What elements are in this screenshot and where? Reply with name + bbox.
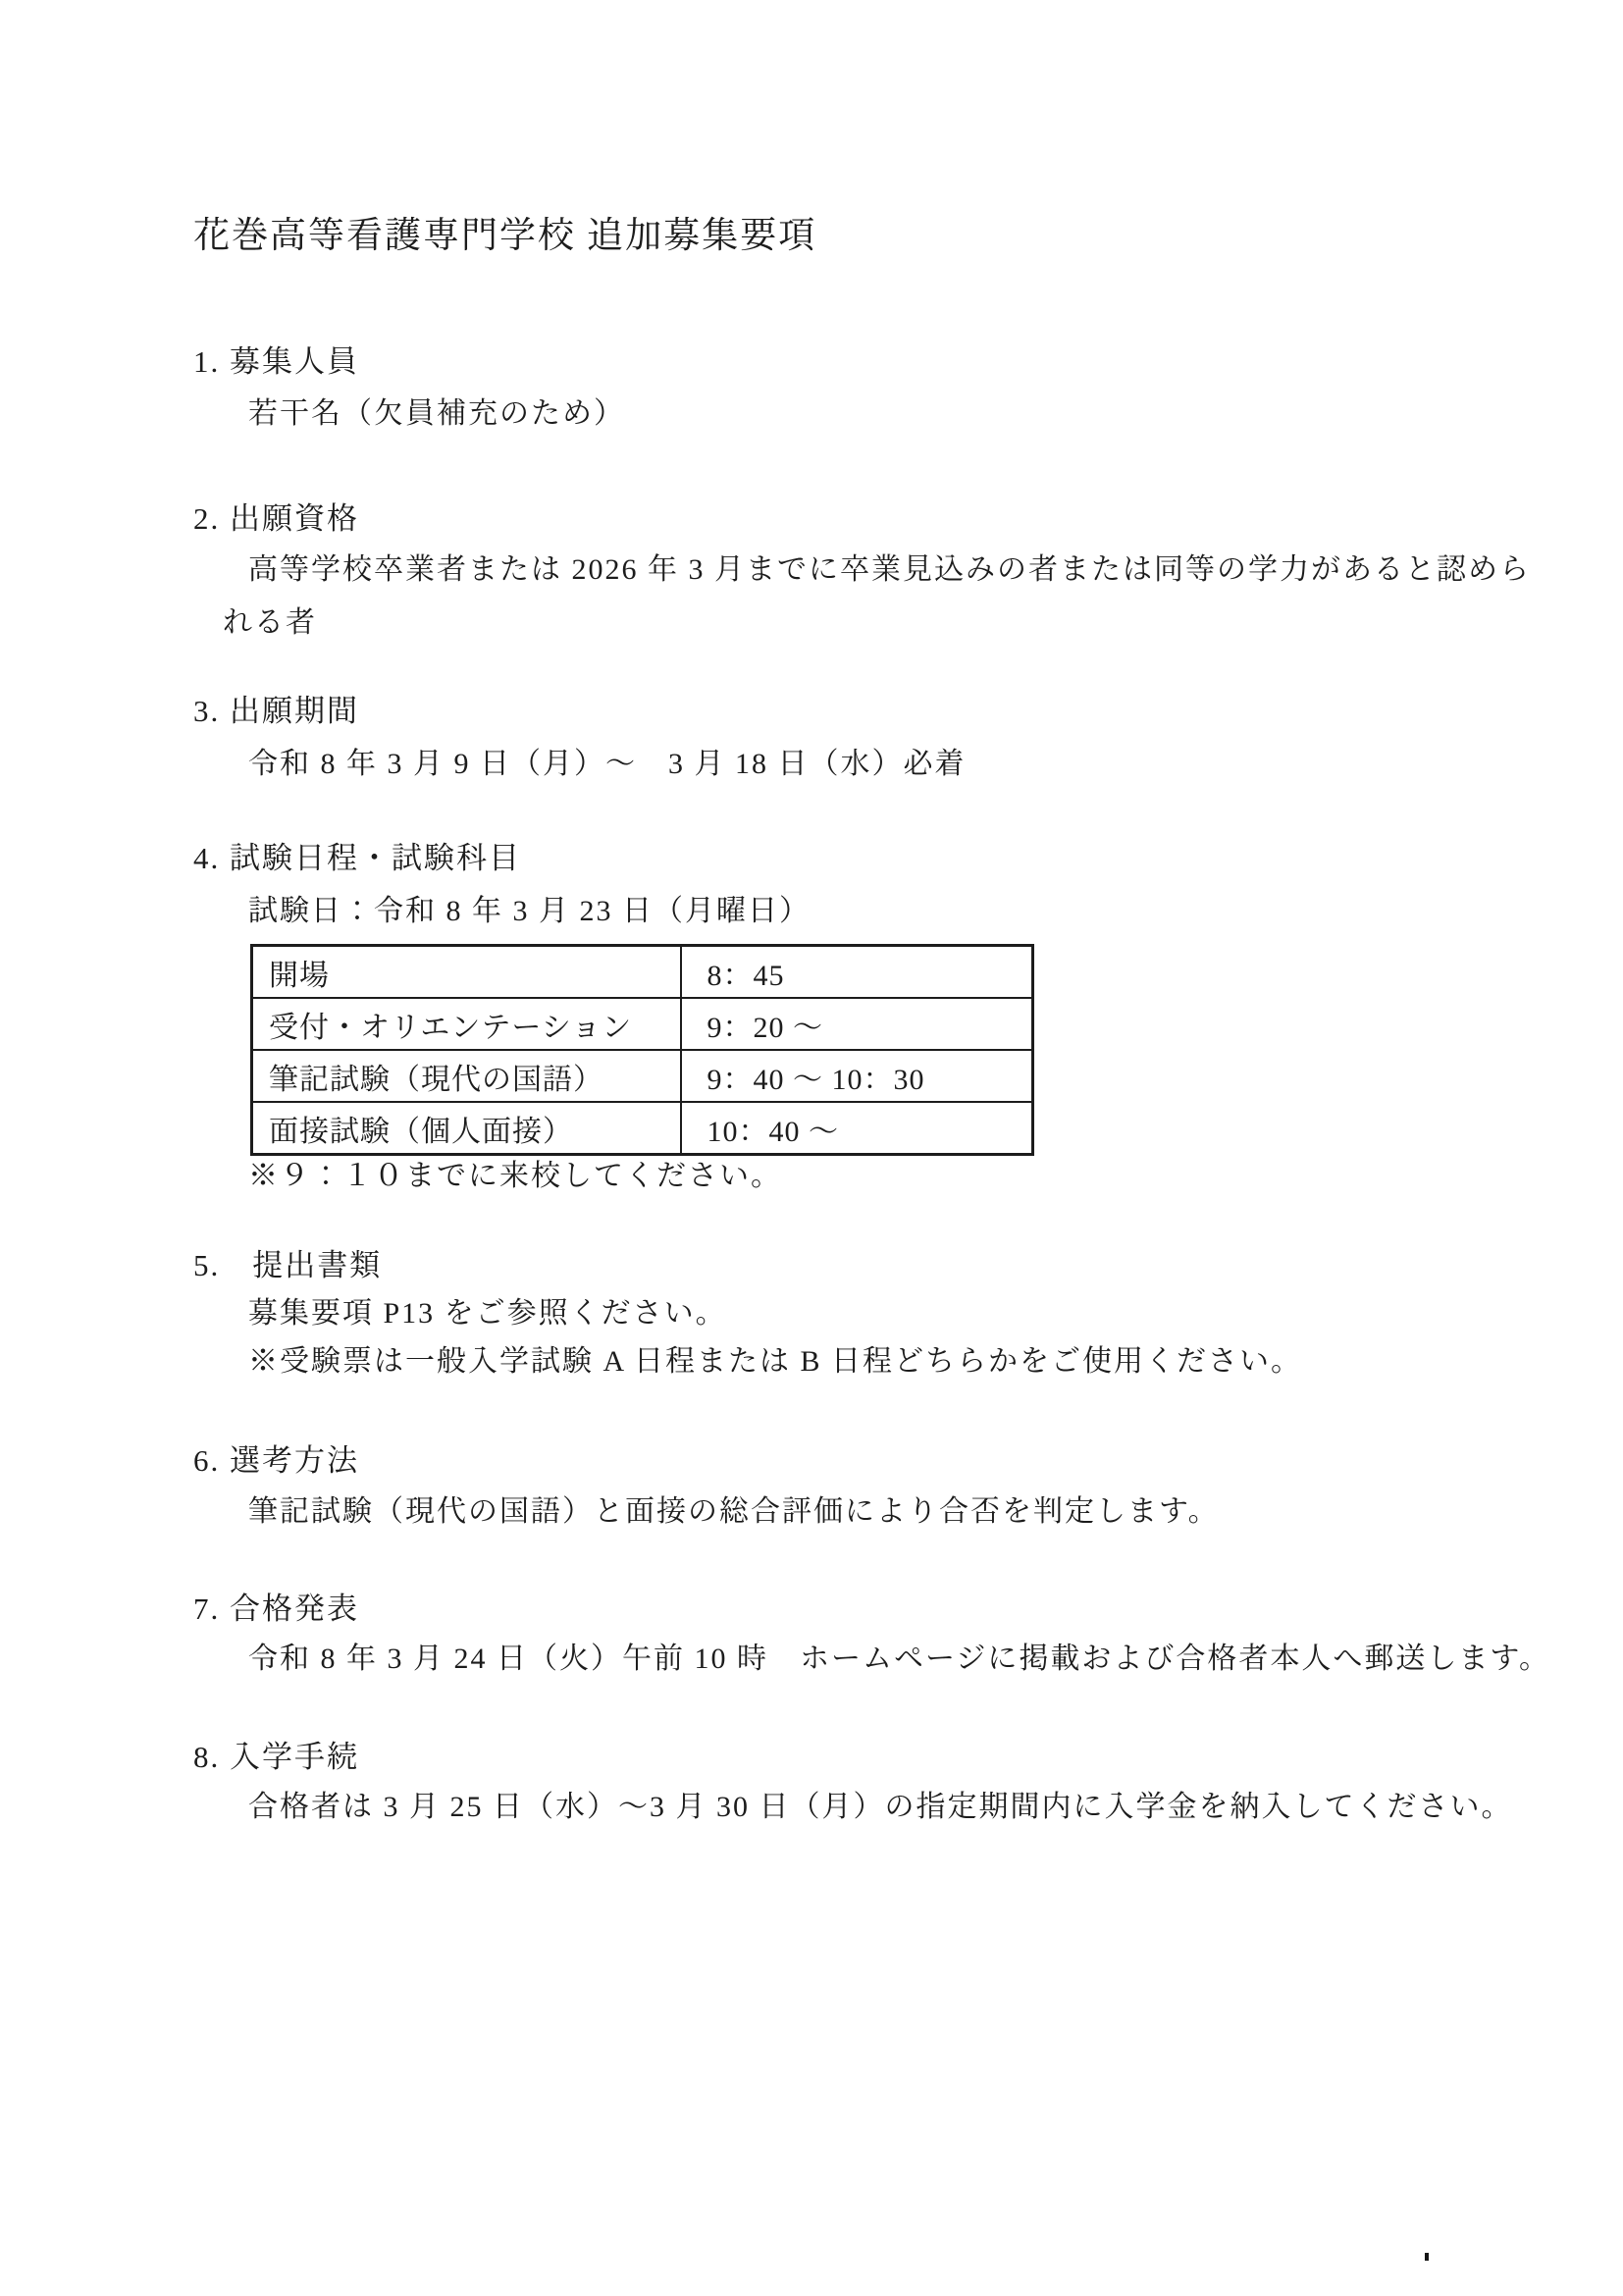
section-5-heading: 5. 提出書類	[193, 1247, 382, 1285]
table-row: 受付・オリエンテーション 9：20 ～	[252, 998, 1033, 1050]
schedule-time-cell: 8：45	[681, 946, 1033, 999]
section-2-body-line: れる者	[223, 604, 317, 642]
section-5-body-line: ※受験票は一般入学試験 A 日程または B 日程どちらかをご使用ください。	[248, 1343, 1302, 1381]
section-6-heading: 6. 選考方法	[193, 1442, 359, 1481]
schedule-item-cell: 開場	[252, 946, 681, 999]
section-7-body-line: 令和 8 年 3 月 24 日（火）午前 10 時 ホームページに掲載および合格…	[248, 1641, 1550, 1678]
section-2-heading: 2. 出願資格	[193, 500, 359, 539]
schedule-item-cell: 受付・オリエンテーション	[252, 998, 681, 1050]
section-6-body-line: 筆記試験（現代の国語）と面接の総合評価により合否を判定します。	[248, 1493, 1220, 1531]
exam-schedule-table: 開場 8：45 受付・オリエンテーション 9：20 ～ 筆記試験（現代の国語） …	[250, 944, 1034, 1156]
table-row: 面接試験（個人面接） 10：40 ～	[252, 1102, 1033, 1155]
document-page: 花巻高等看護専門学校 追加募集要項 1. 募集人員 若干名（欠員補充のため） 2…	[0, 0, 1623, 2296]
schedule-item-cell: 面接試験（個人面接）	[252, 1102, 681, 1155]
schedule-item-cell: 筆記試験（現代の国語）	[252, 1050, 681, 1102]
section-8-heading: 8. 入学手続	[193, 1739, 359, 1777]
section-8-body-line: 合格者は 3 月 25 日（水）～3 月 30 日（月）の指定期間内に入学金を納…	[248, 1789, 1513, 1826]
table-row: 筆記試験（現代の国語） 9：40 ～ 10：30	[252, 1050, 1033, 1102]
section-3-heading: 3. 出願期間	[193, 693, 359, 731]
section-3-body-line: 令和 8 年 3 月 9 日（月）～ 3 月 18 日（水）必着	[248, 746, 967, 783]
section-1-heading: 1. 募集人員	[193, 343, 359, 382]
section-1-body-line: 若干名（欠員補充のため）	[248, 395, 625, 433]
section-5-body-line: 募集要項 P13 をご参照ください。	[248, 1295, 727, 1332]
schedule-time-cell: 9：40 ～ 10：30	[681, 1050, 1033, 1102]
section-4-heading: 4. 試験日程・試験科目	[193, 840, 521, 878]
page-title: 花巻高等看護専門学校 追加募集要項	[193, 214, 816, 259]
section-2-body-line: 高等学校卒業者または 2026 年 3 月までに卒業見込みの者または同等の学力が…	[248, 551, 1531, 589]
schedule-time-cell: 10：40 ～	[681, 1102, 1033, 1155]
section-7-heading: 7. 合格発表	[193, 1591, 359, 1629]
section-4-body-line: 試験日：令和 8 年 3 月 23 日（月曜日）	[248, 893, 811, 930]
schedule-note: ※９：１０までに来校してください。	[248, 1158, 782, 1195]
schedule-time-cell: 9：20 ～	[681, 998, 1033, 1050]
scan-speck	[1425, 2253, 1429, 2261]
table-row: 開場 8：45	[252, 946, 1033, 999]
